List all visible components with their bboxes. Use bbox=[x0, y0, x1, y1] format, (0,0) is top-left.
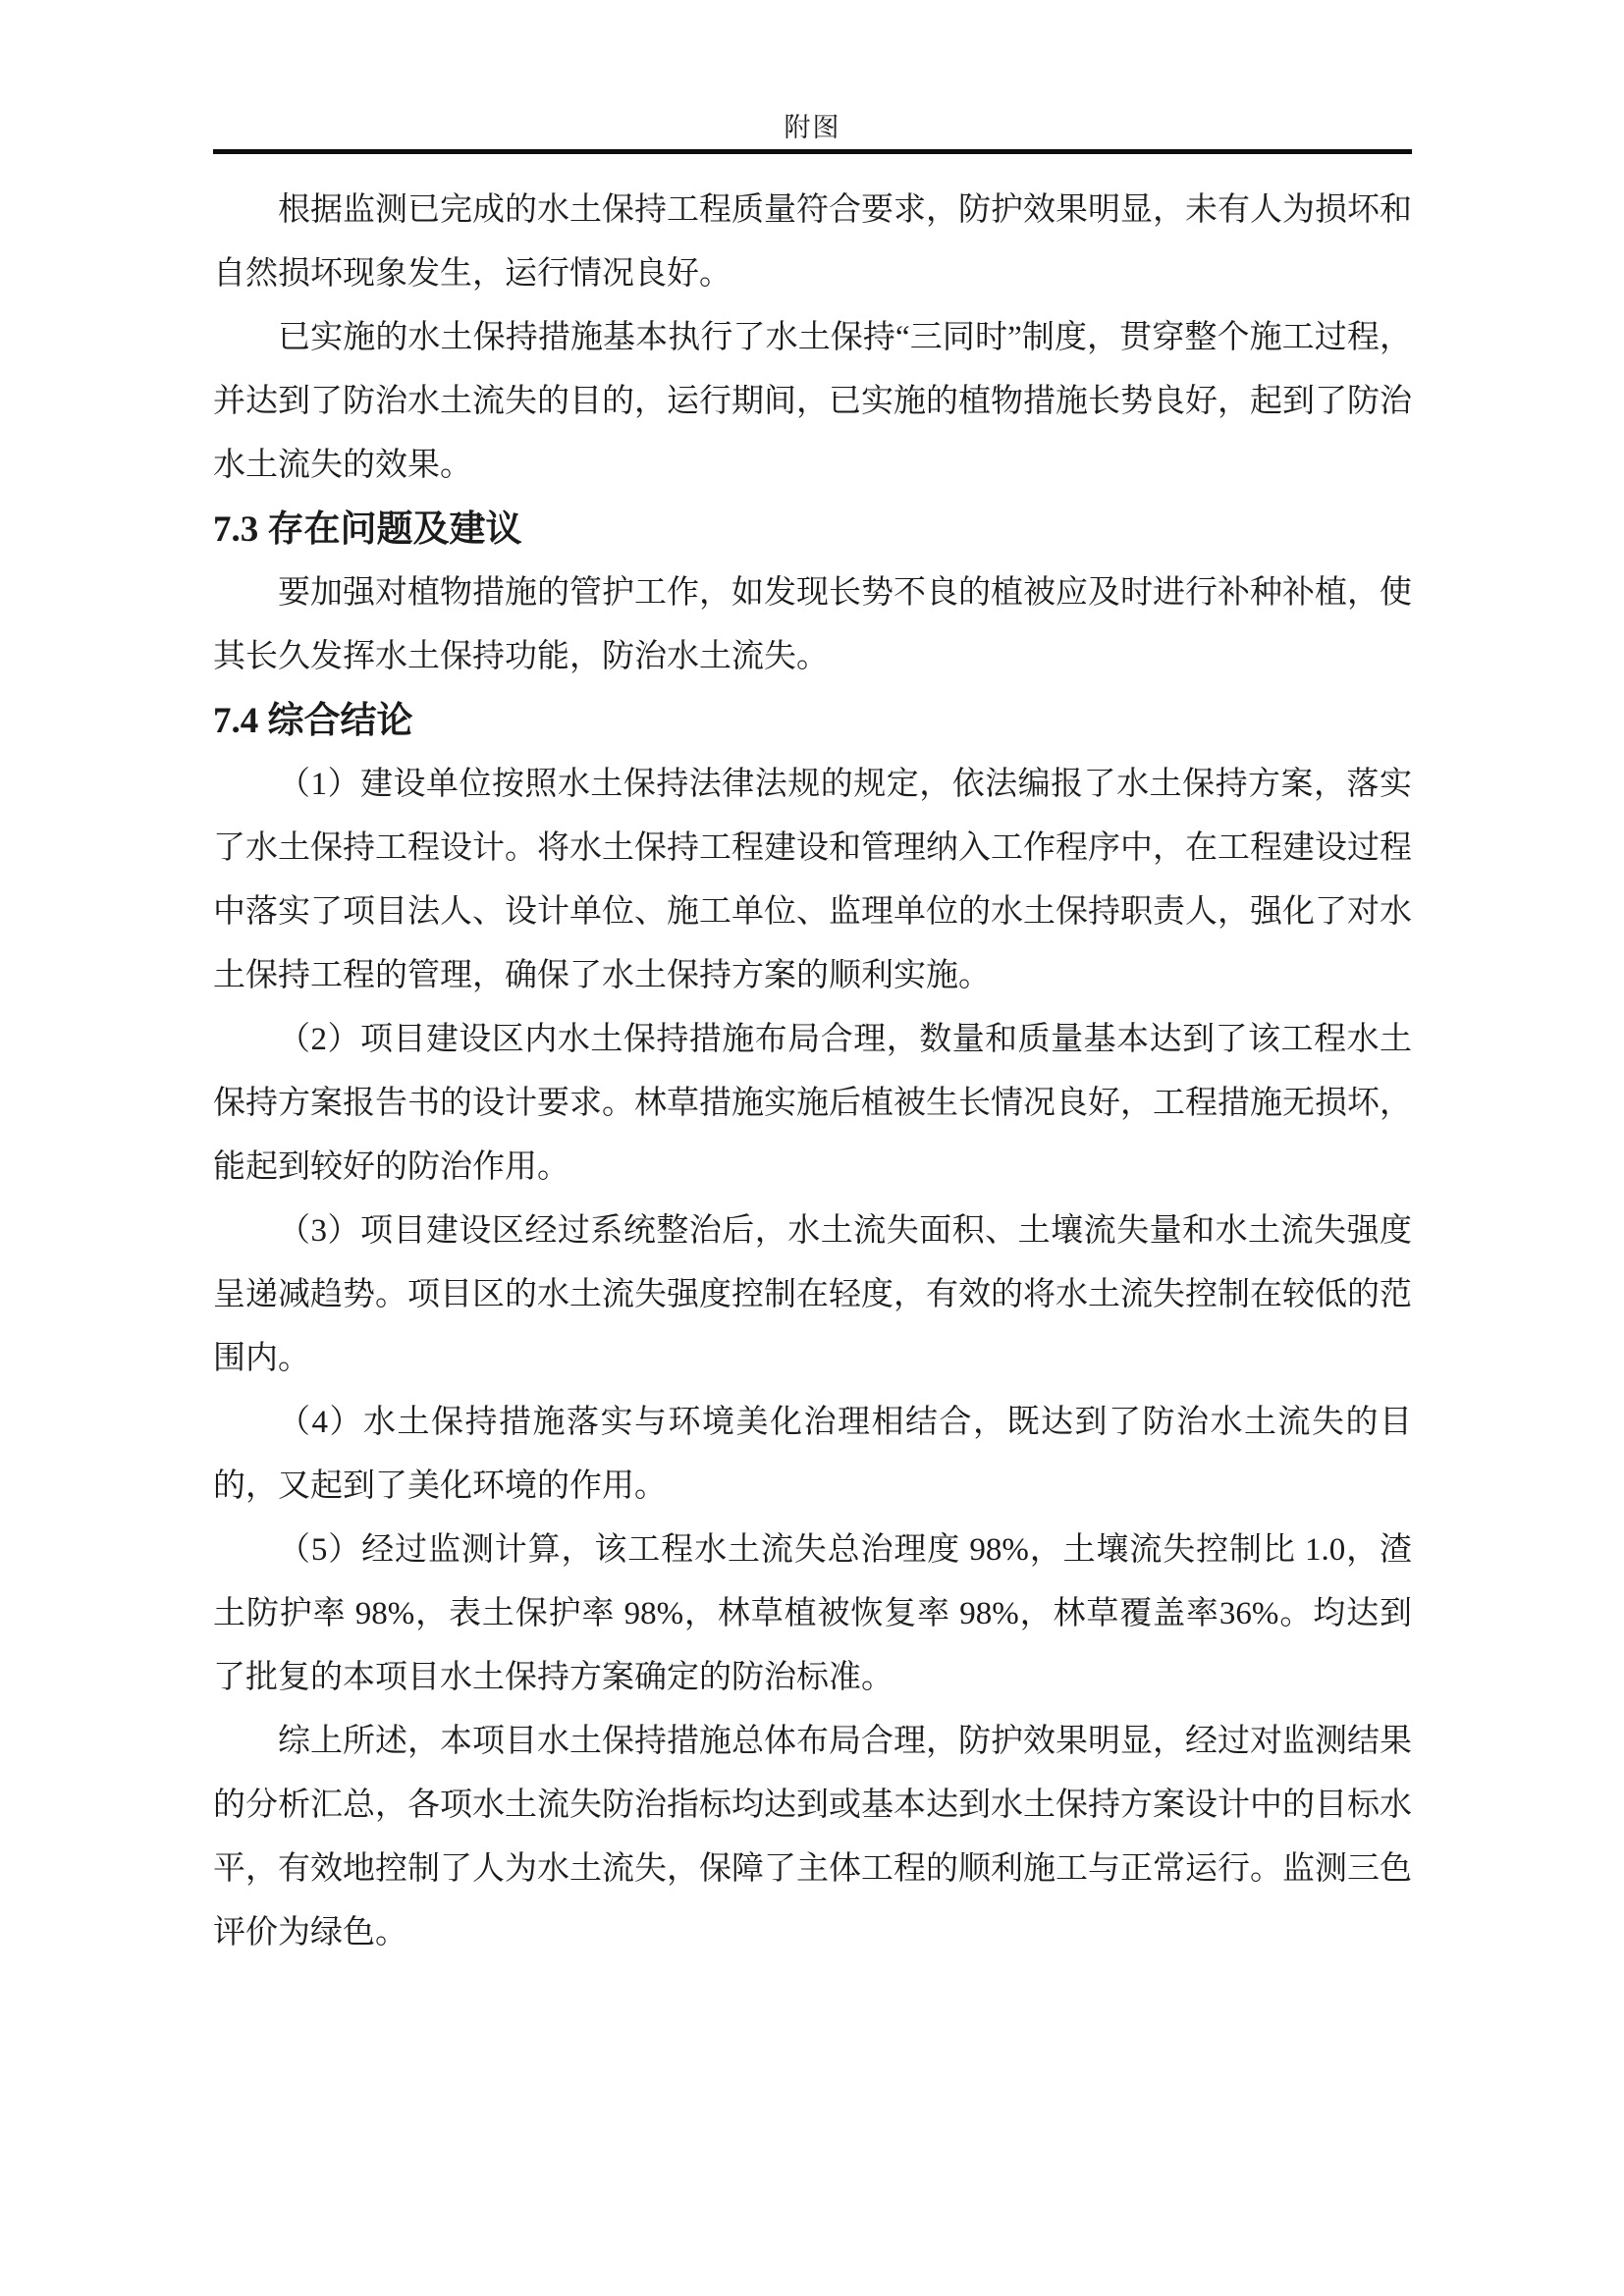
body-paragraph-conclusion-2: （2）项目建设区内水土保持措施布局合理，数量和质量基本达到了该工程水土保持方案报… bbox=[213, 1008, 1412, 1200]
page-header-title: 附图 bbox=[785, 115, 841, 149]
body-paragraph-conclusion-1: （1）建设单位按照水土保持法律法规的规定，依法编报了水土保持方案，落实了水土保持… bbox=[213, 753, 1412, 1008]
body-paragraph-conclusion-4: （4）水土保持措施落实与环境美化治理相结合，既达到了防治水土流失的目的，又起到了… bbox=[213, 1391, 1412, 1519]
section-heading-7-4: 7.4 综合结论 bbox=[213, 689, 1412, 753]
document-body: 根据监测已完成的水土保持工程质量符合要求，防护效果明显，未有人为损坏和自然损坏现… bbox=[213, 179, 1412, 1965]
page-header: 附图 bbox=[213, 0, 1412, 154]
section-heading-7-3: 7.3 存在问题及建议 bbox=[213, 498, 1412, 561]
document-page: 附图 根据监测已完成的水土保持工程质量符合要求，防护效果明显，未有人为损坏和自然… bbox=[0, 0, 1624, 2296]
body-paragraph: 已实施的水土保持措施基本执行了水土保持“三同时”制度，贯穿整个施工过程，并达到了… bbox=[213, 306, 1412, 498]
body-paragraph: 要加强对植物措施的管护工作，如发现长势不良的植被应及时进行补种补植，使其长久发挥… bbox=[213, 561, 1412, 689]
body-paragraph-conclusion-3: （3）项目建设区经过系统整治后，水土流失面积、土壤流失量和水土流失强度呈递减趋势… bbox=[213, 1200, 1412, 1391]
body-paragraph-summary: 综上所述，本项目水土保持措施总体布局合理，防护效果明显，经过对监测结果的分析汇总… bbox=[213, 1710, 1412, 1965]
body-paragraph: 根据监测已完成的水土保持工程质量符合要求，防护效果明显，未有人为损坏和自然损坏现… bbox=[213, 179, 1412, 306]
body-paragraph-conclusion-5: （5）经过监测计算，该工程水土流失总治理度 98%，土壤流失控制比 1.0，渣土… bbox=[213, 1519, 1412, 1710]
